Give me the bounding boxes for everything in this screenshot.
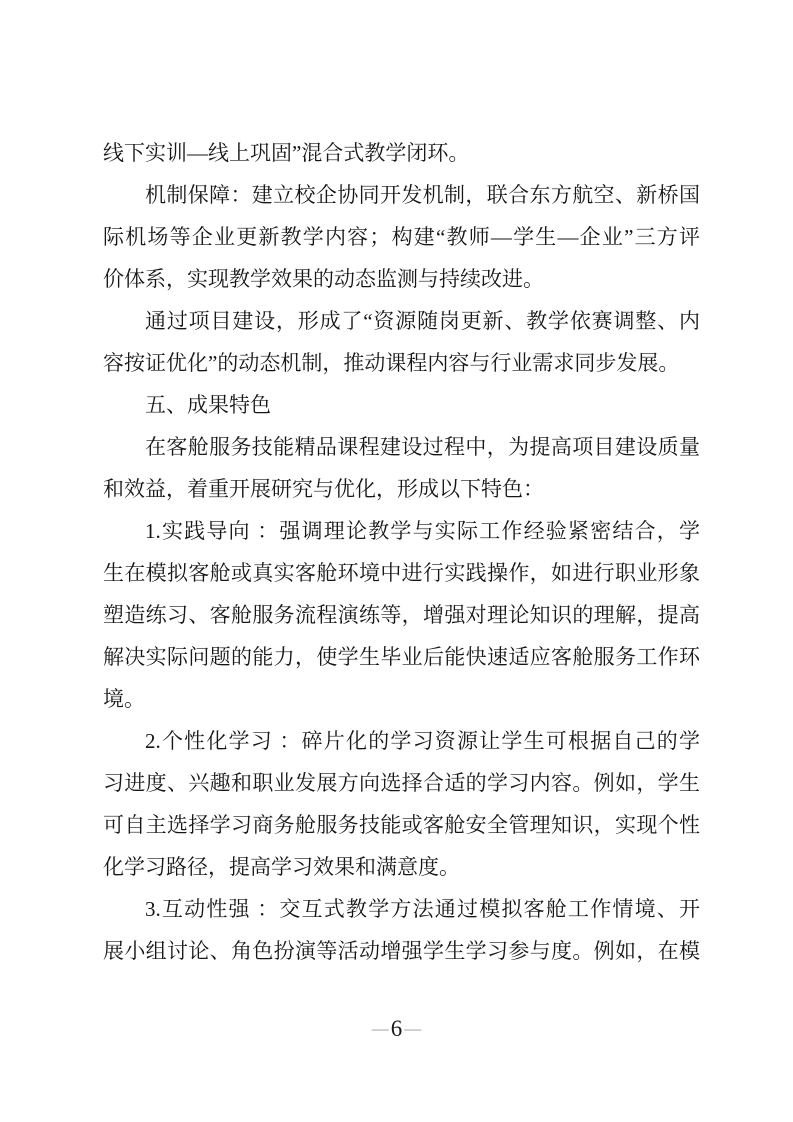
- document-page: 线下实训—线上巩固”混合式教学闭环。机制保障：建立校企协同开发机制，联合东方航空…: [0, 0, 793, 1122]
- paragraph: 1.实践导向 ：强调理论教学与实际工作经验紧密结合，学生在模拟客舱或真实客舱环境…: [103, 510, 700, 720]
- page-number: 6: [391, 1016, 403, 1041]
- text-line: 价体系，实现教学效果的动态监测与持续改进。: [103, 258, 700, 300]
- text-line: 3.互动性强 ：交互式教学方法通过模拟客舱工作情境、开: [103, 888, 700, 930]
- text-line: 容按证优化”的动态机制，推动课程内容与行业需求同步发展。: [103, 342, 700, 384]
- text-line: 通过项目建设，形成了“资源随岗更新、教学依赛调整、内: [103, 300, 700, 342]
- paragraph: 3.互动性强 ：交互式教学方法通过模拟客舱工作情境、开展小组讨论、角色扮演等活动…: [103, 888, 700, 972]
- text-line: 和效益，着重开展研究与优化，形成以下特色：: [103, 468, 700, 510]
- text-line: 线下实训—线上巩固”混合式教学闭环。: [103, 132, 700, 174]
- text-line: 习进度、兴趣和职业发展方向选择合适的学习内容。例如，学生: [103, 762, 700, 804]
- page-number-dash-right: —: [404, 1019, 421, 1038]
- text-line: 在客舱服务技能精品课程建设过程中，为提高项目建设质量: [103, 426, 700, 468]
- paragraph: 在客舱服务技能精品课程建设过程中，为提高项目建设质量和效益，着重开展研究与优化，…: [103, 426, 700, 510]
- text-line: 机制保障：建立校企协同开发机制，联合东方航空、新桥国: [103, 174, 700, 216]
- text-line: 生在模拟客舱或真实客舱环境中进行实践操作，如进行职业形象: [103, 552, 700, 594]
- text-line: 展小组讨论、角色扮演等活动增强学生学习参与度。例如，在模: [103, 930, 700, 972]
- text-line: 塑造练习、客舱服务流程演练等，增强对理论知识的理解，提高: [103, 594, 700, 636]
- paragraph: 机制保障：建立校企协同开发机制，联合东方航空、新桥国际机场等企业更新教学内容；构…: [103, 174, 700, 300]
- paragraph: 通过项目建设，形成了“资源随岗更新、教学依赛调整、内容按证优化”的动态机制，推动…: [103, 300, 700, 384]
- text-line: 可自主选择学习商务舱服务技能或客舱安全管理知识，实现个性: [103, 804, 700, 846]
- document-body: 线下实训—线上巩固”混合式教学闭环。机制保障：建立校企协同开发机制，联合东方航空…: [103, 132, 700, 972]
- text-line: 1.实践导向 ：强调理论教学与实际工作经验紧密结合，学: [103, 510, 700, 552]
- paragraph: 2.个性化学习 ：碎片化的学习资源让学生可根据自己的学习进度、兴趣和职业发展方向…: [103, 720, 700, 888]
- text-line: 2.个性化学习 ：碎片化的学习资源让学生可根据自己的学: [103, 720, 700, 762]
- text-line: 境。: [103, 678, 700, 720]
- page-number-dash-left: —: [372, 1019, 389, 1038]
- text-line: 化学习路径，提高学习效果和满意度。: [103, 846, 700, 888]
- paragraph: 线下实训—线上巩固”混合式教学闭环。: [103, 132, 700, 174]
- page-footer: —6—: [0, 1015, 793, 1043]
- text-line: 际机场等企业更新教学内容；构建“教师—学生—企业”三方评: [103, 216, 700, 258]
- section-heading: 五、成果特色: [103, 384, 700, 426]
- text-line: 解决实际问题的能力，使学生毕业后能快速适应客舱服务工作环: [103, 636, 700, 678]
- text-line: 五、成果特色: [103, 384, 700, 426]
